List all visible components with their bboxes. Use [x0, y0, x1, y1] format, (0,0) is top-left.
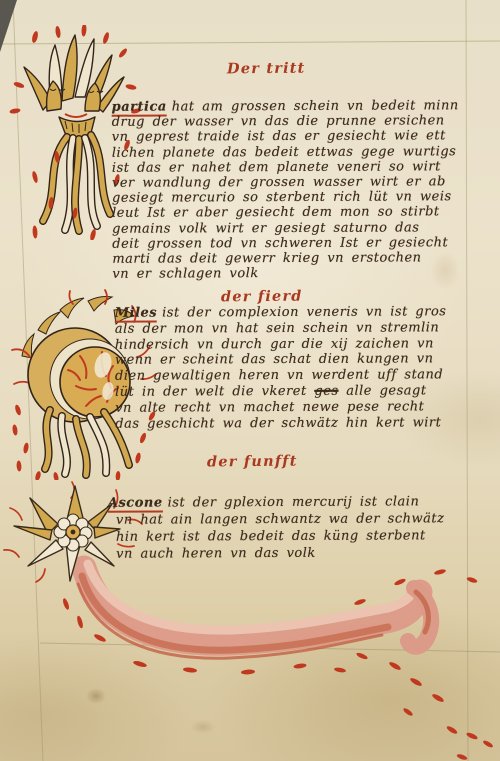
- text-line: leut Ist er aber gesiecht dem mon so sti…: [112, 205, 459, 222]
- text-line: lüt in der welt die vkeret ges alle gesa…: [115, 383, 447, 400]
- section-1-text: particahat am grossen schein vn bedeit m…: [112, 98, 460, 282]
- comet-tail: [78, 564, 431, 658]
- text-line: hin kert ist das bedeit das küng sterben…: [116, 527, 445, 545]
- section-heading-der-fierd: der fierd: [221, 288, 303, 306]
- text-line: particahat am grossen schein vn bedeit m…: [112, 98, 459, 115]
- text-line: vn geprest traide ist das er gesiecht wi…: [112, 129, 459, 146]
- text-line: vn hat ain langen schwantz wa der schwät…: [116, 510, 445, 528]
- manuscript-page: Der tritt particahat am grossen schein v…: [0, 0, 500, 761]
- section-heading-der-tritt: Der tritt: [227, 60, 306, 78]
- section-3-text: Asconeist der gplexion mercurij ist clai…: [108, 493, 445, 562]
- text-line: gemains volk wirt er gesiegt saturno das: [112, 220, 459, 237]
- text-line: wenn er scheint das schat dien kungen vn: [115, 352, 447, 369]
- text-line: dien gewaltigen heren vn werdent uff sta…: [115, 367, 447, 384]
- text-line: lichen planete das bedeit ettwas gege wu…: [112, 144, 459, 161]
- text-line: gesiegt mercurio so sterbent rich lüt vn…: [112, 189, 459, 206]
- text-line: Asconeist der gplexion mercurij ist clai…: [108, 493, 445, 511]
- text-line: drug der wasser vn das die prunne ersich…: [112, 113, 459, 130]
- text-line: das geschicht wa der schwätz hin kert wi…: [115, 415, 447, 432]
- comet-name-ascone: Ascone: [108, 495, 163, 512]
- struck-word: ges: [314, 384, 338, 399]
- text-line: vn alte recht vn machet newe pese recht: [115, 399, 447, 416]
- text-line: vn auch heren vn das volk: [116, 544, 445, 562]
- text-line: vn er schlagen volk: [112, 265, 459, 282]
- section-heading-der-funfft: der funfft: [207, 453, 298, 471]
- text-line: ist das er nahet dem planete veneri so w…: [112, 159, 459, 176]
- comet-mouth: [65, 114, 87, 117]
- text-line: als der mon vn hat sein schein vn streml…: [115, 320, 447, 337]
- text-line: Milesist der complexion veneris vn ist g…: [115, 304, 447, 321]
- text-line: deit grossen tod vn schweren Ist er gesi…: [112, 235, 459, 252]
- section-2-text: Milesist der complexion veneris vn ist g…: [115, 304, 447, 432]
- comet-name-miles: Miles: [115, 306, 157, 323]
- text-line: marti das deit gewerr krieg vn erstochen: [112, 250, 459, 267]
- text-line: ver wandlung der grossen wasser wirt er …: [112, 174, 459, 191]
- text-line: hindersich vn durch gar die xij zaichen …: [115, 336, 447, 353]
